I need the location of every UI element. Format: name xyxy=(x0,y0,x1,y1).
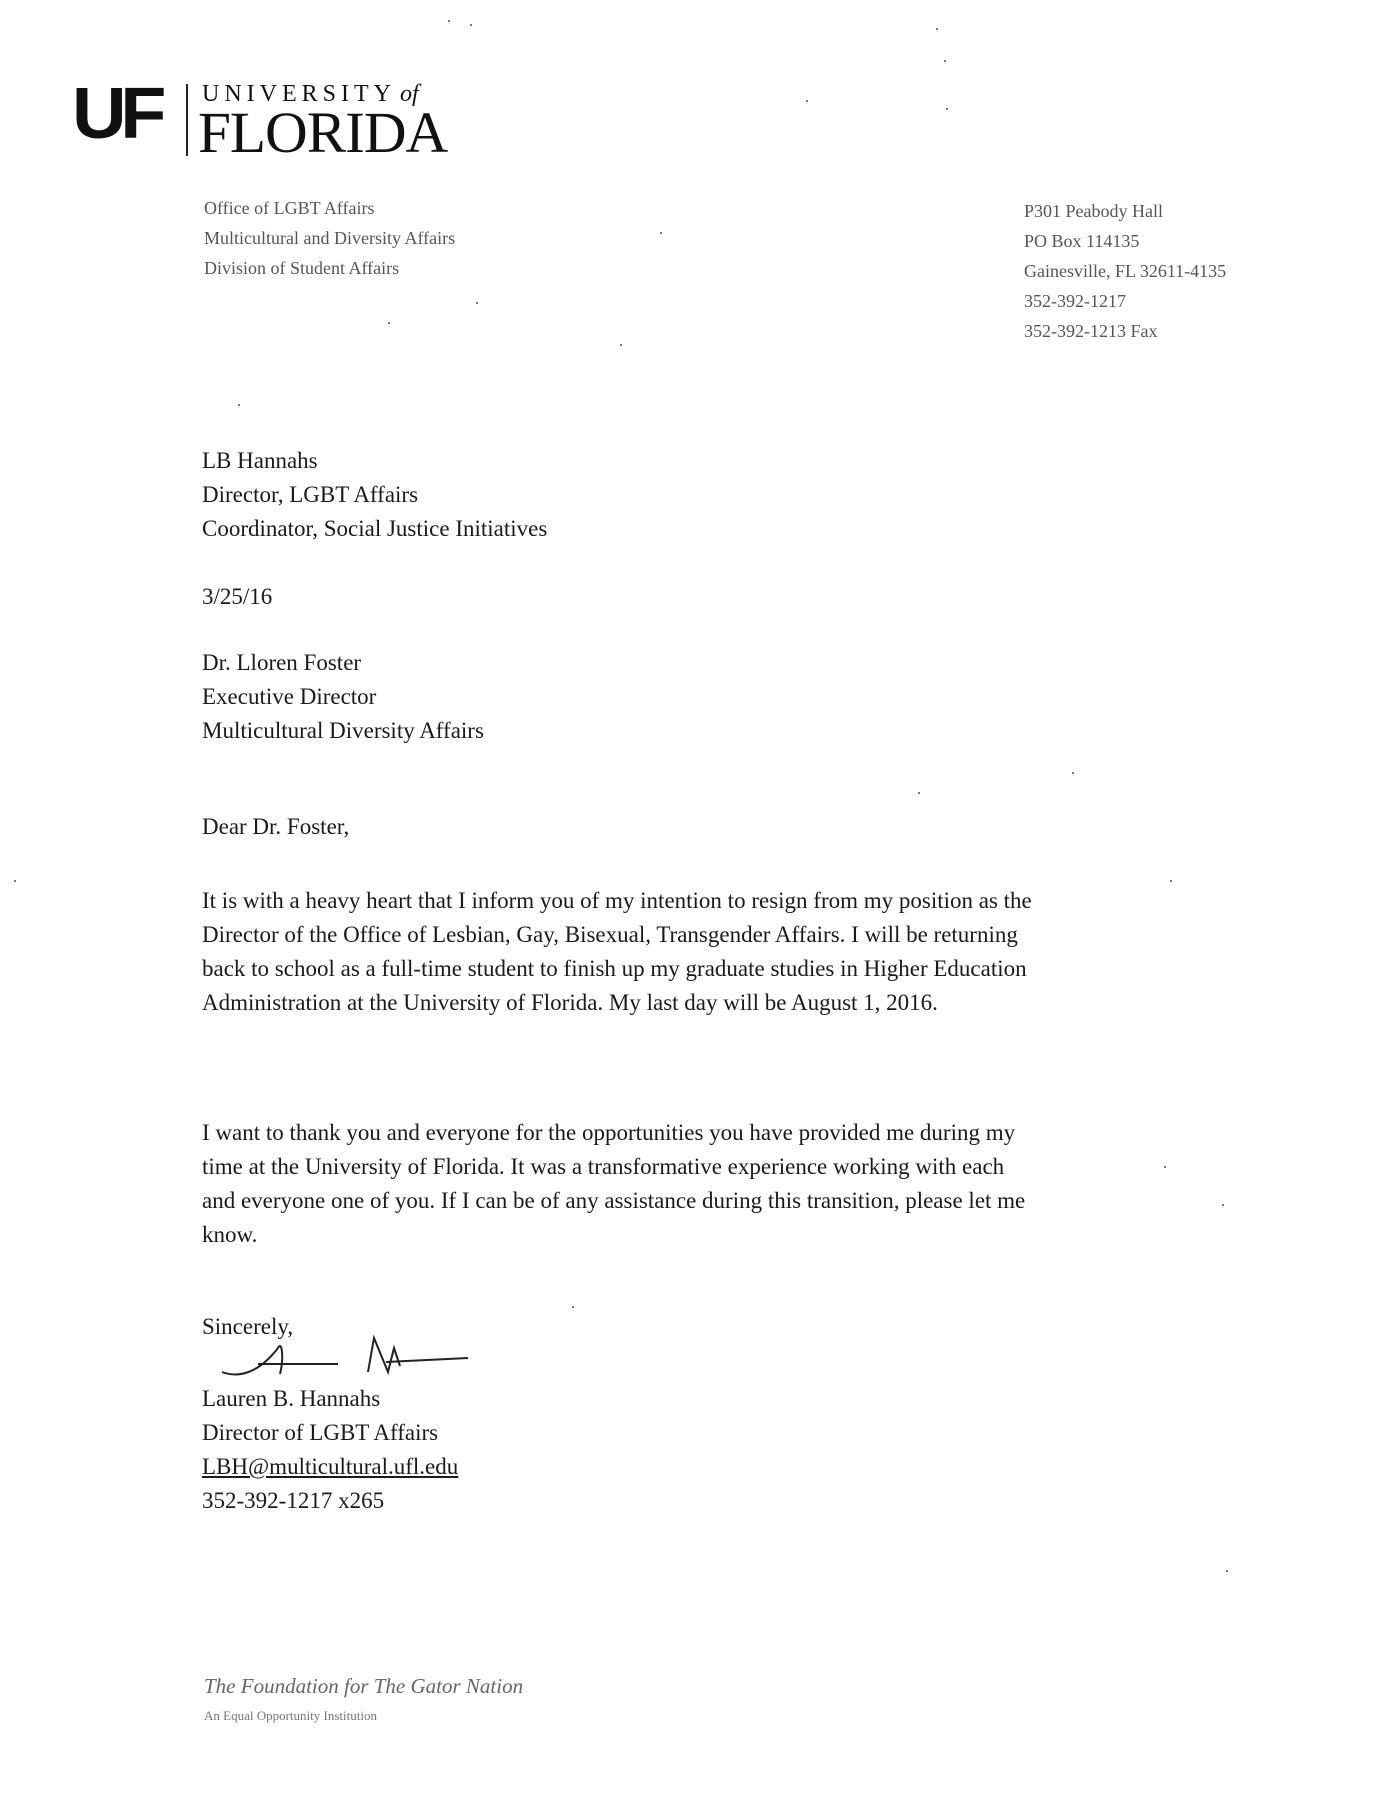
salutation: Dear Dr. Foster, xyxy=(202,810,349,844)
scan-speck xyxy=(1170,880,1172,882)
scan-speck xyxy=(238,404,240,406)
address-line: PO Box 114135 xyxy=(1024,226,1226,256)
scan-speck xyxy=(620,344,622,346)
scan-speck xyxy=(946,108,948,110)
scan-speck xyxy=(918,792,920,794)
scan-speck xyxy=(660,232,662,234)
fax-line: 352-392-1213 Fax xyxy=(1024,316,1226,346)
recipient-title: Executive Director xyxy=(202,680,484,714)
scan-speck xyxy=(470,24,472,26)
scan-speck xyxy=(476,302,478,304)
scan-speck xyxy=(944,60,946,62)
signer-title: Director of LGBT Affairs xyxy=(202,1416,458,1450)
scan-speck xyxy=(1164,1166,1166,1168)
scan-speck xyxy=(448,20,450,22)
scan-speck xyxy=(936,28,938,30)
scan-speck xyxy=(1072,772,1074,774)
office-line: Division of Student Affairs xyxy=(204,253,455,283)
signer-phone: 352-392-1217 x265 xyxy=(202,1484,458,1518)
phone-line: 352-392-1217 xyxy=(1024,286,1226,316)
recipient-block: Dr. Lloren Foster Executive Director Mul… xyxy=(202,646,484,748)
office-line: Multicultural and Diversity Affairs xyxy=(204,223,455,253)
signer-name: Lauren B. Hannahs xyxy=(202,1382,458,1416)
scan-speck xyxy=(806,100,808,102)
scan-speck xyxy=(1226,1570,1228,1572)
body-paragraph-2: I want to thank you and everyone for the… xyxy=(202,1116,1032,1252)
scan-speck xyxy=(572,1306,574,1308)
letter-date: 3/25/16 xyxy=(202,580,272,614)
paragraph-text: It is with a heavy heart that I inform y… xyxy=(202,884,1032,1020)
logo-florida-text: FLORIDA xyxy=(198,104,447,162)
sender-title: Director, LGBT Affairs xyxy=(202,478,547,512)
body-paragraph-1: It is with a heavy heart that I inform y… xyxy=(202,884,1032,1020)
paragraph-text: I want to thank you and everyone for the… xyxy=(202,1116,1032,1252)
footer-eeo-statement: An Equal Opportunity Institution xyxy=(204,1708,377,1724)
sender-block: LB Hannahs Director, LGBT Affairs Coordi… xyxy=(202,444,547,546)
footer-tagline: The Foundation for The Gator Nation xyxy=(204,1674,523,1699)
logo-divider xyxy=(186,84,188,156)
scan-speck xyxy=(388,322,390,324)
letterhead-office-block: Office of LGBT Affairs Multicultural and… xyxy=(204,193,455,283)
signature-block: Lauren B. Hannahs Director of LGBT Affai… xyxy=(202,1382,458,1518)
recipient-name: Dr. Lloren Foster xyxy=(202,646,484,680)
sender-title-2: Coordinator, Social Justice Initiatives xyxy=(202,512,547,546)
recipient-department: Multicultural Diversity Affairs xyxy=(202,714,484,748)
letterhead-address-block: P301 Peabody Hall PO Box 114135 Gainesvi… xyxy=(1024,196,1226,346)
address-line: Gainesville, FL 32611-4135 xyxy=(1024,256,1226,286)
handwritten-signature-icon xyxy=(218,1328,478,1384)
uf-monogram-logo: UF xyxy=(72,78,160,150)
office-line: Office of LGBT Affairs xyxy=(204,193,455,223)
scan-speck xyxy=(1222,1204,1224,1206)
sender-name: LB Hannahs xyxy=(202,444,547,478)
address-line: P301 Peabody Hall xyxy=(1024,196,1226,226)
scan-speck xyxy=(14,880,16,882)
signer-email-link[interactable]: LBH@multicultural.ufl.edu xyxy=(202,1454,458,1479)
